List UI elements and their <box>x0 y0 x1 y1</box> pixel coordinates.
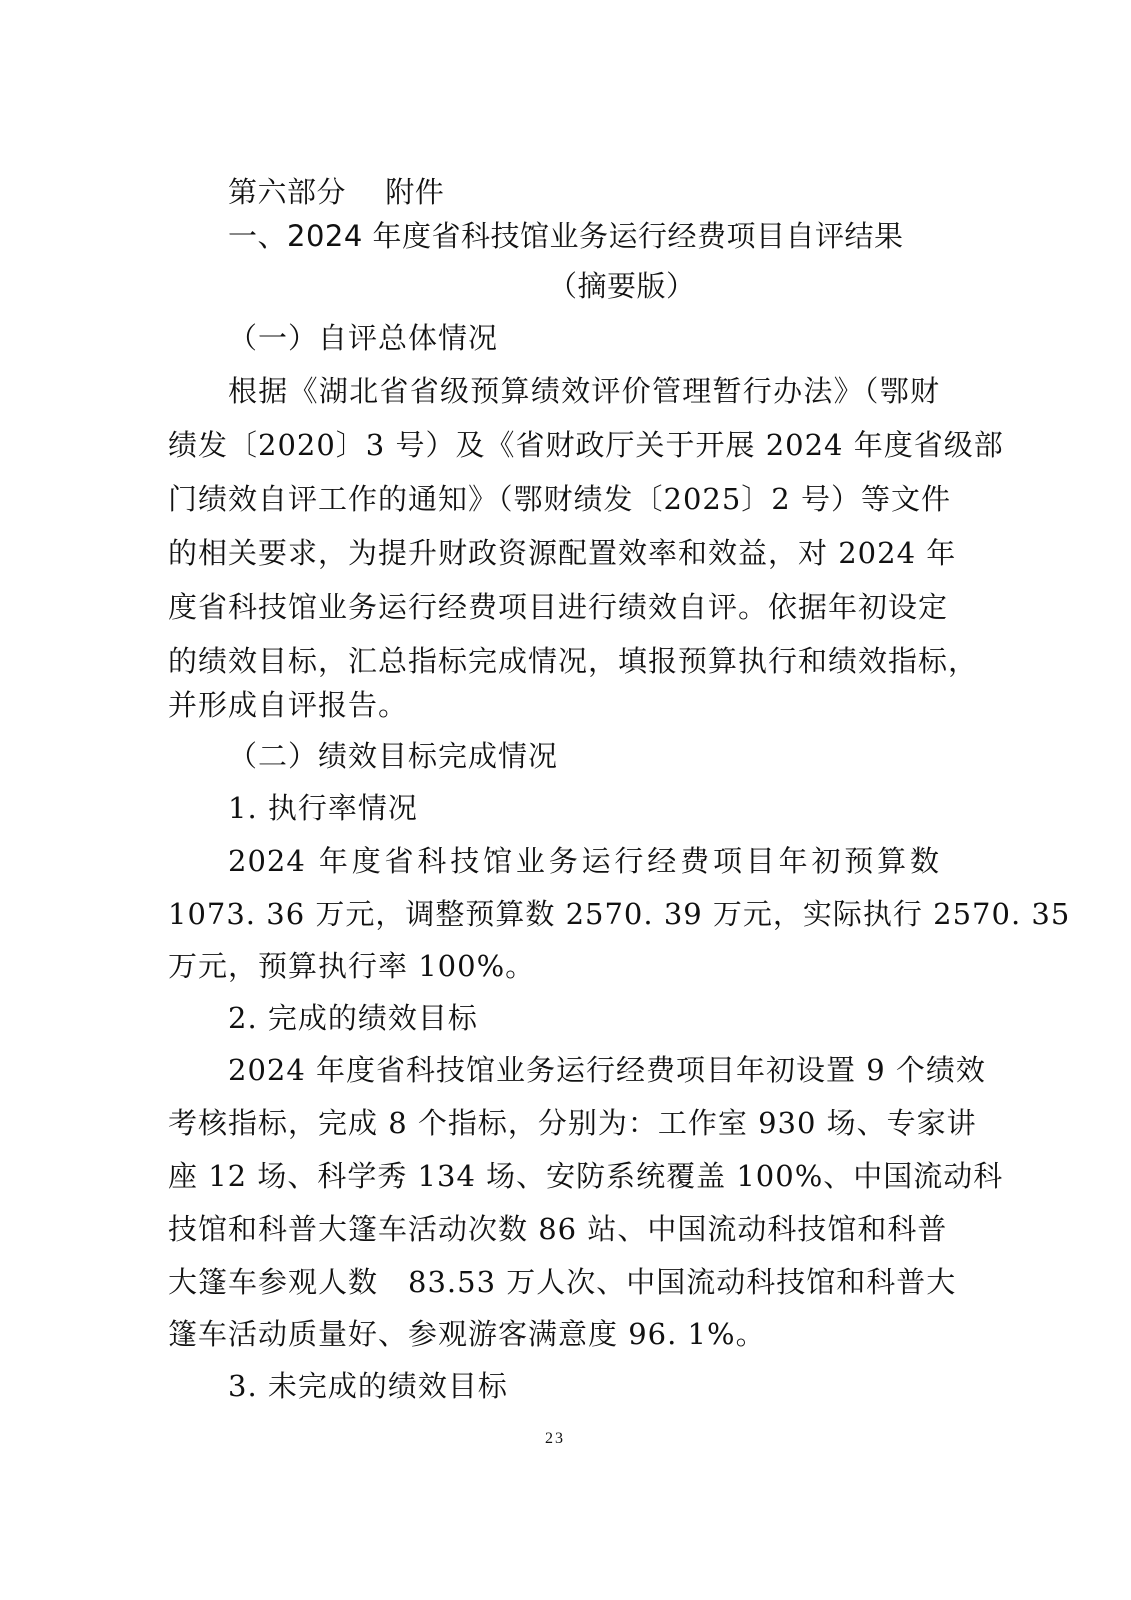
paragraph-line: 万元，预算执行率 100%。 <box>168 948 535 984</box>
paragraph-line: 技馆和科普大篷车活动次数 86 站、中国流动科技馆和科普 <box>168 1211 940 1247</box>
paragraph-line: 篷车活动质量好、参观游客满意度 96. 1%。 <box>168 1316 766 1352</box>
paragraph-line: 考核指标，完成 8 个指标，分别为：工作室 930 场、专家讲 <box>168 1105 940 1141</box>
section-heading-1: （一）自评总体情况 <box>228 320 498 356</box>
paragraph-line: 大篷车参观人数 83.53 万人次、中国流动科技馆和科普大 <box>168 1264 940 1300</box>
paragraph-line: 2024 年度省科技馆业务运行经费项目年初设置 9 个绩效 <box>228 1052 940 1088</box>
paragraph-line: 根据《湖北省省级预算绩效评价管理暂行办法》（鄂财 <box>228 373 940 409</box>
paragraph-line: 度省科技馆业务运行经费项目进行绩效自评。依据年初设定 <box>168 589 940 625</box>
main-title: 一、2024 年度省科技馆业务运行经费项目自评结果 <box>228 218 904 254</box>
subsection-heading-2: 2. 完成的绩效目标 <box>228 1000 478 1036</box>
paragraph-line: 1073. 36 万元，调整预算数 2570. 39 万元，实际执行 2570.… <box>168 896 940 932</box>
paragraph-line: 门绩效自评工作的通知》（鄂财绩发〔2025〕2 号）等文件 <box>168 481 940 517</box>
paragraph-line: 绩发〔2020〕3 号）及《省财政厅关于开展 2024 年度省级部 <box>168 427 940 463</box>
paragraph-line: 的绩效目标，汇总指标完成情况，填报预算执行和绩效指标， <box>168 643 940 679</box>
paragraph-line: 2024 年度省科技馆业务运行经费项目年初预算数 <box>228 843 940 879</box>
subsection-heading-1: 1. 执行率情况 <box>228 790 418 826</box>
main-subtitle: （摘要版） <box>548 268 696 304</box>
section-heading-2: （二）绩效目标完成情况 <box>228 738 558 774</box>
paragraph-line: 的相关要求，为提升财政资源配置效率和效益，对 2024 年 <box>168 535 940 571</box>
part-title: 第六部分 附件 <box>228 174 444 210</box>
subsection-heading-3: 3. 未完成的绩效目标 <box>228 1368 508 1404</box>
paragraph-line: 并形成自评报告。 <box>168 687 408 723</box>
document-page: 第六部分 附件 一、2024 年度省科技馆业务运行经费项目自评结果 （摘要版） … <box>0 0 1131 1600</box>
page-number: 23 <box>545 1430 565 1448</box>
paragraph-line: 座 12 场、科学秀 134 场、安防系统覆盖 100%、中国流动科 <box>168 1158 940 1194</box>
